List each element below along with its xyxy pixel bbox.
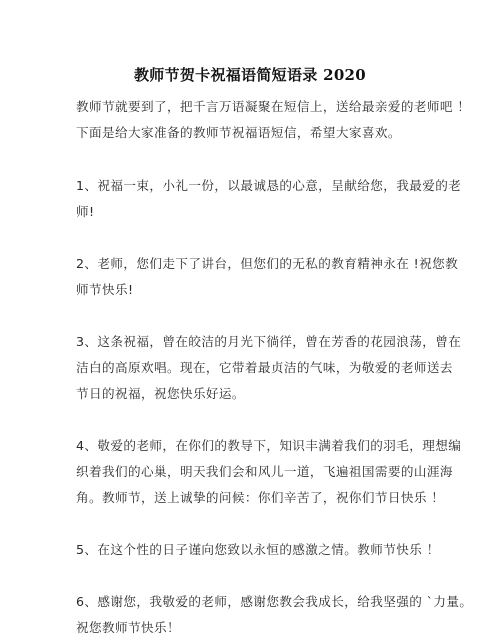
item-3-line: 节日的祝福，祝您快乐好运。 (76, 383, 245, 402)
item-6-line: 6、感谢您，我敬爱的老师，感谢您教会我成长，给我坚强的 `力量。 (76, 591, 472, 610)
item-5-line: 5、在这个性的日子谨向您致以永恒的感激之情。教师节快乐 ！ (76, 539, 440, 558)
item-3-line: 洁白的高原欢唱。现在，它带着最贞洁的气味，为敬爱的老师送去 (76, 357, 453, 376)
item-6-line: 祝您教师节快乐！ (76, 617, 180, 636)
item-4-line: 4、敬爱的老师，在你们的教导下，知识丰满着我们的羽毛，理想编 (76, 435, 461, 454)
item-4-line: 角。教师节，送上诚挚的问候：你们辛苦了，祝你们节日快乐 ！ (76, 487, 444, 506)
item-2-line: 师节快乐! (76, 279, 133, 298)
item-1-line: 1、祝福一束，小礼一份，以最诚恳的心意，呈献给您，我最爱的老 (76, 175, 461, 194)
item-4-line: 织着我们的心巢，明天我们会和风儿一道，飞遍祖国需要的山涯海 (76, 461, 453, 480)
item-3-line: 3、这条祝福，曾在皎洁的月光下徜徉，曾在芳香的花园浪荡，曾在 (76, 331, 461, 350)
intro-line: 下面是给大家准备的教师节祝福语短信，希望大家喜欢。 (76, 122, 401, 141)
item-1-line: 师! (76, 201, 94, 220)
item-2-line: 2、老师，您们走下了讲台，但您们的无私的教育精神永在 !祝您教 (76, 253, 458, 272)
intro-line: 教师节就要到了，把千言万语凝聚在短信上，送给最亲爱的老师吧 ！ (76, 96, 470, 115)
document-title: 教师节贺卡祝福语简短语录 2020 (0, 64, 500, 85)
